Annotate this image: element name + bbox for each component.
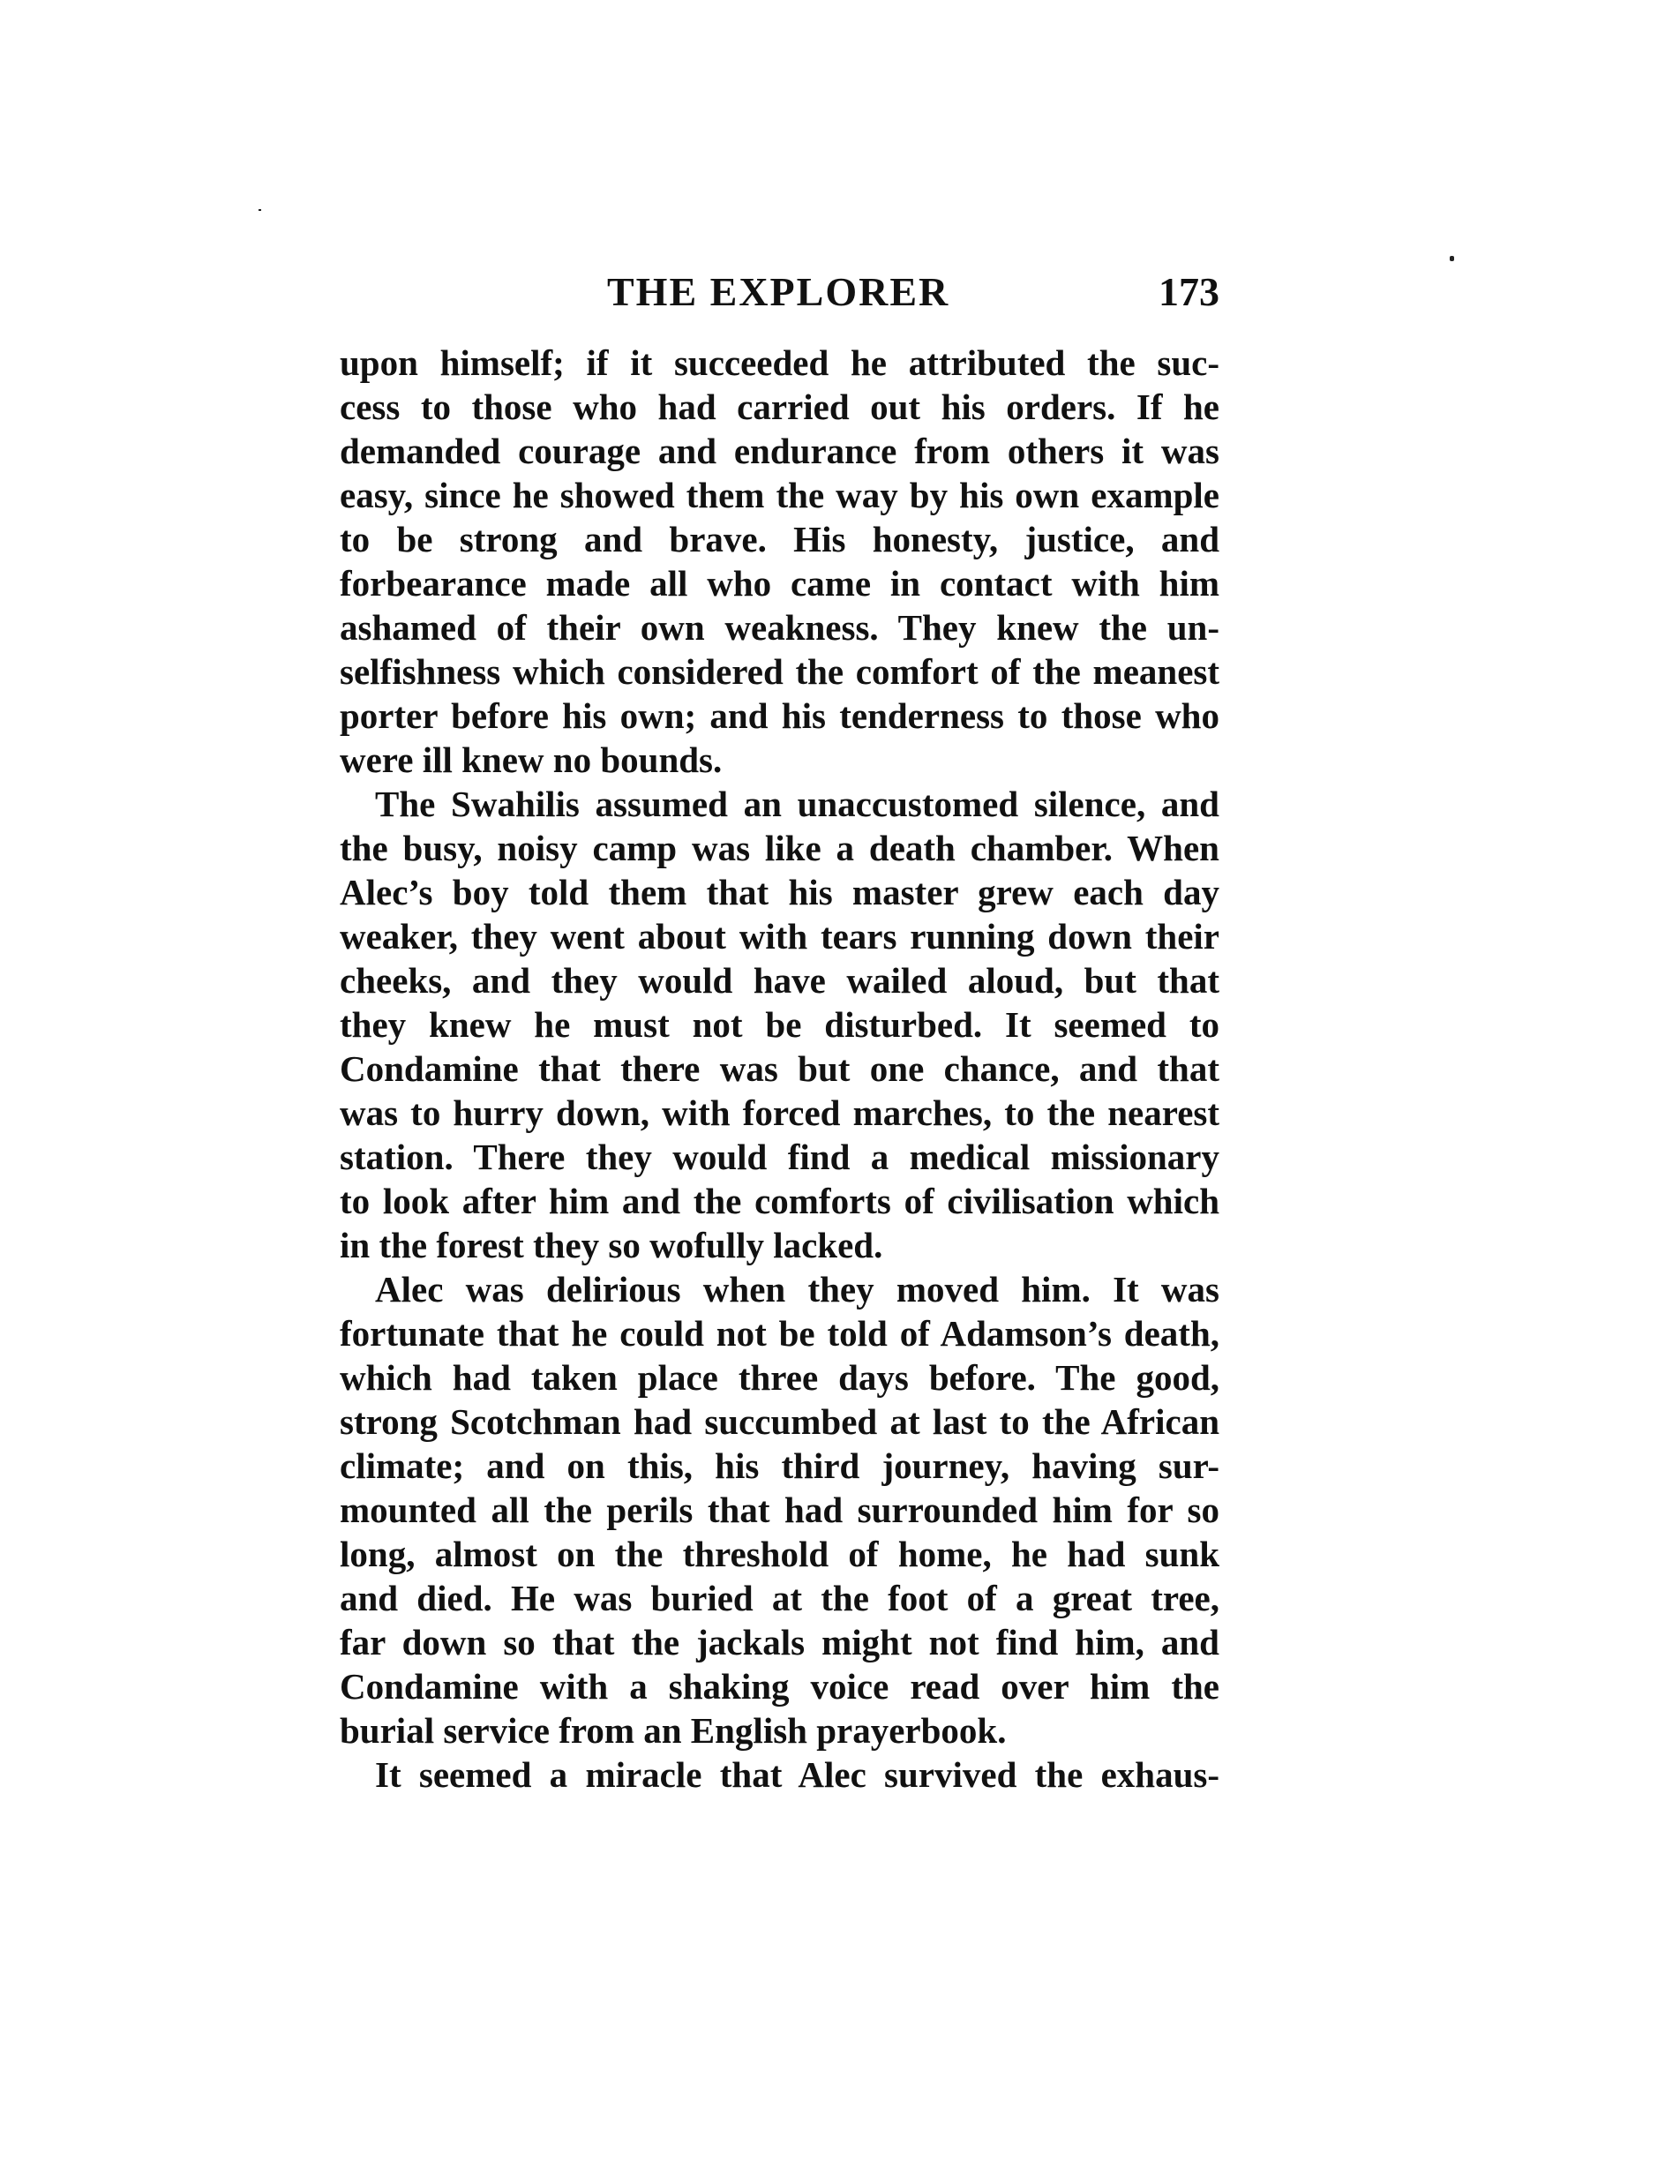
- text-line: cess to those who had carried out his or…: [340, 385, 1219, 429]
- paragraph: It seemed a miracle that Alec survived t…: [340, 1752, 1219, 1797]
- text-line: cheeks, and they would have wailed aloud…: [340, 958, 1219, 1002]
- text-line: ashamed of their own weakness. They knew…: [340, 605, 1219, 649]
- text-line: burial service from an English prayerboo…: [340, 1708, 1219, 1752]
- text-line: easy, since he showed them the way by hi…: [340, 473, 1219, 517]
- scan-speck: [259, 209, 261, 211]
- text-line: Alec’s boy told them that his master gre…: [340, 870, 1219, 914]
- text-line: Condamine that there was but one chance,…: [340, 1047, 1219, 1091]
- text-line: which had taken place three days before.…: [340, 1355, 1219, 1400]
- text-line: porter before his own; and his tendernes…: [340, 694, 1219, 738]
- text-line: station. There they would find a medical…: [340, 1135, 1219, 1179]
- running-title: THE EXPLORER: [607, 270, 949, 314]
- text-line: The Swahilis assumed an unaccustomed sil…: [340, 782, 1219, 826]
- text-line: and died. He was buried at the foot of a…: [340, 1576, 1219, 1620]
- text-line: was to hurry down, with forced marches, …: [340, 1091, 1219, 1135]
- text-line: fortunate that he could not be told of A…: [340, 1311, 1219, 1355]
- text-line: to be strong and brave. His honesty, jus…: [340, 517, 1219, 561]
- text-line: selfishness which considered the comfort…: [340, 649, 1219, 694]
- text-line: the busy, noisy camp was like a death ch…: [340, 826, 1219, 870]
- text-line: It seemed a miracle that Alec survived t…: [340, 1752, 1219, 1797]
- running-header: THE EXPLORER 173: [340, 270, 1219, 314]
- text-line: far down so that the jackals might not f…: [340, 1620, 1219, 1664]
- page-number: 173: [1159, 270, 1219, 314]
- text-line: in the forest they so wofully lacked.: [340, 1223, 1219, 1267]
- text-line: they knew he must not be disturbed. It s…: [340, 1002, 1219, 1047]
- text-line: were ill knew no bounds.: [340, 738, 1219, 782]
- paragraph: Alec was delirious when they moved him. …: [340, 1267, 1219, 1752]
- text-line: demanded courage and endurance from othe…: [340, 429, 1219, 473]
- text-line: upon himself; if it succeeded he attribu…: [340, 341, 1219, 385]
- text-line: mounted all the perils that had surround…: [340, 1488, 1219, 1532]
- text-line: Alec was delirious when they moved him. …: [340, 1267, 1219, 1311]
- book-page: THE EXPLORER 173 upon himself; if it suc…: [0, 0, 1680, 2184]
- text-line: Condamine with a shaking voice read over…: [340, 1664, 1219, 1708]
- paragraph: upon himself; if it succeeded he attribu…: [340, 341, 1219, 782]
- paragraph: The Swahilis assumed an unaccustomed sil…: [340, 782, 1219, 1267]
- scan-speck: [1450, 256, 1454, 261]
- text-line: strong Scotchman had succumbed at last t…: [340, 1400, 1219, 1444]
- text-line: forbearance made all who came in contact…: [340, 561, 1219, 605]
- text-line: long, almost on the threshold of home, h…: [340, 1532, 1219, 1576]
- text-line: climate; and on this, his third journey,…: [340, 1444, 1219, 1488]
- body-text: upon himself; if it succeeded he attribu…: [340, 341, 1219, 1797]
- text-line: to look after him and the comforts of ci…: [340, 1179, 1219, 1223]
- text-line: weaker, they went about with tears runni…: [340, 914, 1219, 958]
